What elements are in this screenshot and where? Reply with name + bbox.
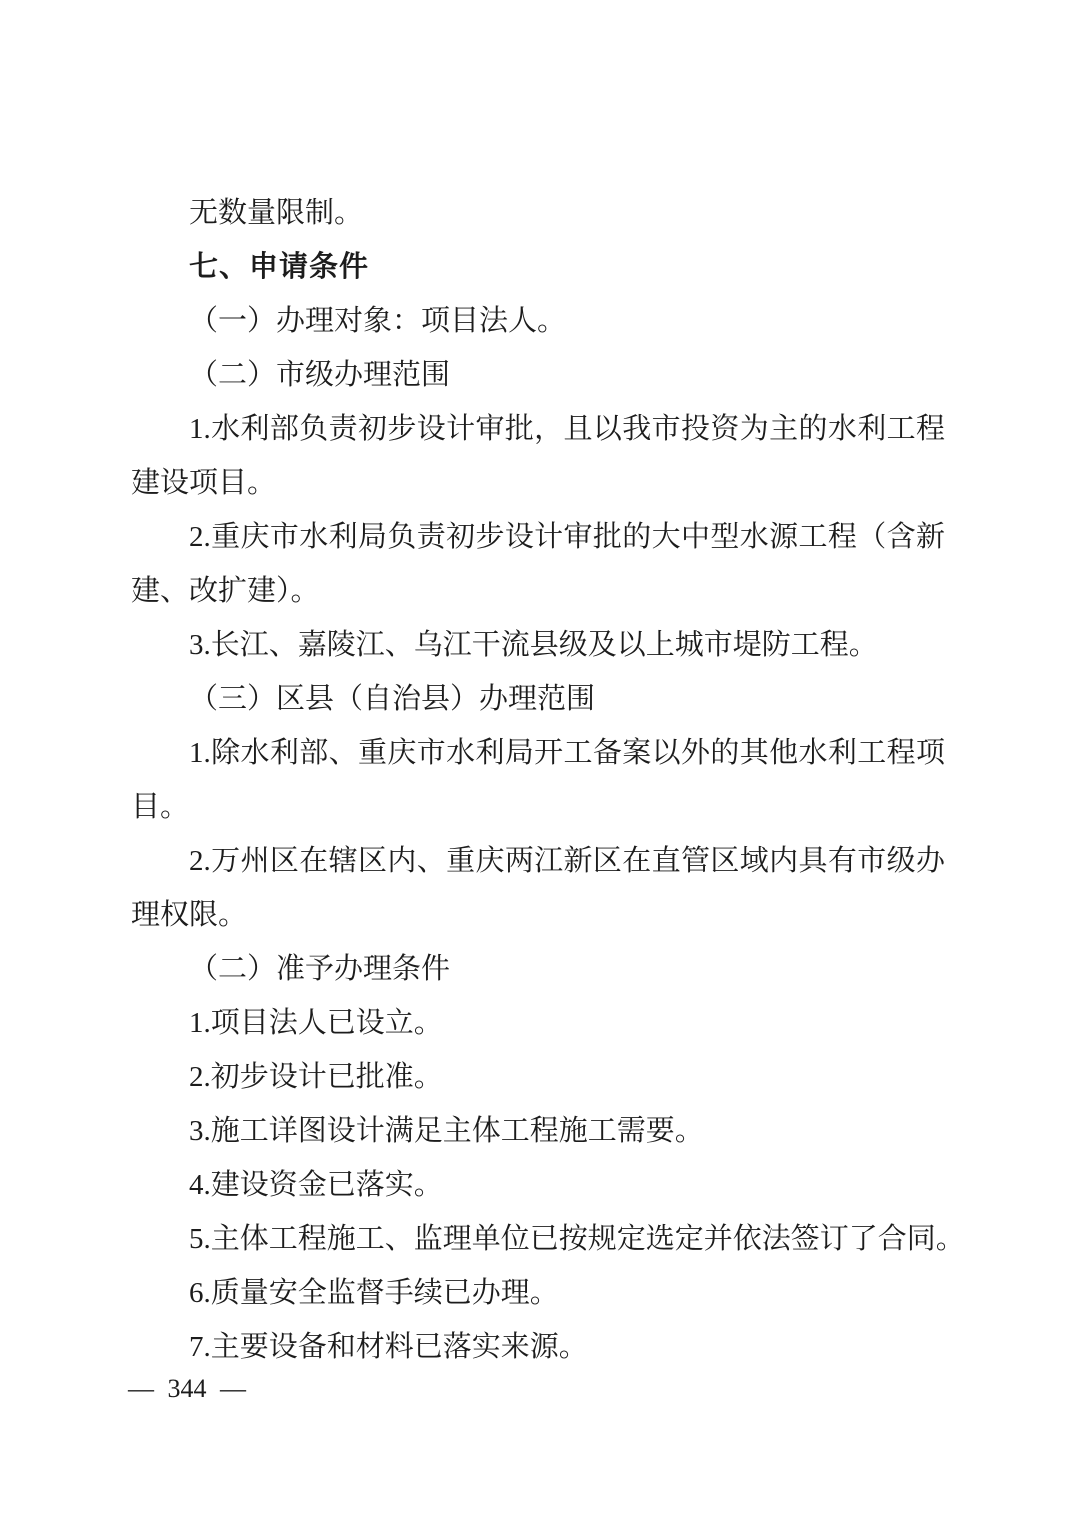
document-line: （二）准予办理条件 <box>131 942 945 996</box>
document-line: （一）办理对象：项目法人。 <box>131 294 945 348</box>
document-line: 2.初步设计已批准。 <box>131 1050 945 1104</box>
document-line: 建、改扩建）。 <box>131 564 945 618</box>
document-line: （二）市级办理范围 <box>131 348 945 402</box>
document-line: 2.重庆市水利局负责初步设计审批的大中型水源工程（含新 <box>131 510 945 564</box>
document-line: 3.施工详图设计满足主体工程施工需要。 <box>131 1104 945 1158</box>
document-line: 理权限。 <box>131 888 945 942</box>
document-line: 1.除水利部、重庆市水利局开工备案以外的其他水利工程项 <box>131 726 945 780</box>
document-line: 2.万州区在辖区内、重庆两江新区在直管区域内具有市级办 <box>131 834 945 888</box>
document-line: 无数量限制。 <box>131 186 945 240</box>
page-number: — 344 — <box>128 1372 246 1406</box>
document-line: 目。 <box>131 780 945 834</box>
document-page: 无数量限制。七、申请条件（一）办理对象：项目法人。（二）市级办理范围1.水利部负… <box>0 0 1074 1520</box>
document-line: 1.水利部负责初步设计审批，且以我市投资为主的水利工程 <box>131 402 945 456</box>
document-line: 7.主要设备和材料已落实来源。 <box>131 1320 945 1374</box>
document-line: 3.长江、嘉陵江、乌江干流县级及以上城市堤防工程。 <box>131 618 945 672</box>
document-line: 1.项目法人已设立。 <box>131 996 945 1050</box>
document-line: （三）区县（自治县）办理范围 <box>131 672 945 726</box>
document-line: 5.主体工程施工、监理单位已按规定选定并依法签订了合同。 <box>131 1212 945 1266</box>
section-heading: 七、申请条件 <box>131 240 945 294</box>
document-line: 6.质量安全监督手续已办理。 <box>131 1266 945 1320</box>
document-content: 无数量限制。七、申请条件（一）办理对象：项目法人。（二）市级办理范围1.水利部负… <box>131 186 945 1374</box>
document-line: 建设项目。 <box>131 456 945 510</box>
document-line: 4.建设资金已落实。 <box>131 1158 945 1212</box>
